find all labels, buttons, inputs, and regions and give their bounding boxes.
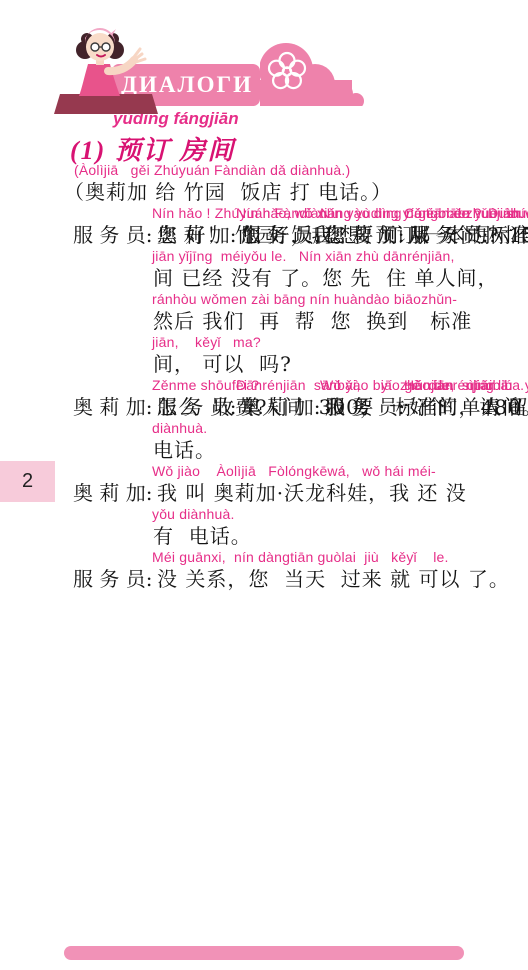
hanzi-text: 间 已经 没有 了。您 先 住 单人间， xyxy=(153,266,499,290)
speaker-label: 服 务 员: xyxy=(241,222,325,248)
hanzi-line: 奥 莉 加:我 叫 奥莉加·沃龙科娃，我 还 没 xyxy=(73,480,148,506)
pinyin-line: diànhuà. xyxy=(152,420,504,437)
hanzi-line: 服 务 员:单人间 300， 标准间 480。 xyxy=(157,394,232,420)
speaker-label: 服 务 员: xyxy=(409,222,493,248)
dialogue-line: ránhòu wǒmen zài bāng nín huàndào biāozh… xyxy=(64,291,504,334)
hanzi-line: 间 已经 没有 了。您 先 住 单人间， xyxy=(153,265,504,291)
speaker-label: 奥 莉 加: xyxy=(73,480,157,506)
hanzi-line: 然后 我们 再 帮 您 换到 标准 xyxy=(153,308,504,334)
hanzi-text: 好 的，请 留 一下 您 的 姓名 和 xyxy=(409,395,528,419)
hanzi-line: 服 务 员:您 要 订 哪 天 的? xyxy=(241,222,316,248)
dialogue-line: diànhuà.电话。 xyxy=(64,420,504,463)
dialogue-line: Cóng běn yuè shíwǔ hào dào èrshísān hào.… xyxy=(316,205,400,248)
speaker-label: 奥 莉 加: xyxy=(73,394,157,420)
dialogue-line: yǒu diànhuà.有 电话。 xyxy=(64,506,504,549)
hanzi-text: （奥莉加 给 竹园 饭店 打 电话。） xyxy=(64,180,392,204)
hanzi-text: 我 叫 奥莉加·沃龙科娃，我 还 没 xyxy=(157,481,467,505)
hanzi-text: 有 电话。 xyxy=(153,524,252,548)
footer-decor-bar xyxy=(64,946,464,960)
dialogue-line: (Àolìjiā gěi Zhúyuán Fàndiàn dǎ diànhuà.… xyxy=(64,162,504,205)
dialogue-line: Dānrénjiān sānbǎi, biāozhǔnjiān sìbǎibā.… xyxy=(148,377,232,420)
hanzi-text: 对不起， 15 号 是 星期天， 标准 xyxy=(493,223,528,247)
speaker-label: 服 务 员: xyxy=(73,566,157,592)
hanzi-line: 服 务 员:对不起， 15 号 是 星期天， 标准 xyxy=(409,222,484,248)
hanzi-line: 服 务 员:您 好！ 竹园 饭店。 xyxy=(73,222,148,248)
dialogue-line: Méi guānxi, nín dàngtiān guòlai jiù kěyǐ… xyxy=(64,549,148,592)
hanzi-text: 没 关系，您 当天 过来 就 可以 了。 xyxy=(157,567,510,591)
speaker-label: 服 务 员: xyxy=(325,394,409,420)
pinyin-line: ránhòu wǒmen zài bāng nín huàndào biāozh… xyxy=(152,291,504,308)
speaker-label: 服 务 员: xyxy=(73,222,157,248)
hanzi-line: 电话。 xyxy=(153,437,504,463)
dialogue-line: Nín yào dìng nǎ tiān de ?服 务 员:您 要 订 哪 天… xyxy=(232,205,316,248)
hanzi-line: 服 务 员:没 关系，您 当天 过来 就 可以 了。 xyxy=(73,566,148,592)
pinyin-line: jiān, kěyǐ ma? xyxy=(152,334,504,351)
textbook-page: ДИАЛОГИ xyxy=(0,0,528,970)
dialogue-line: Nín hǎo ! Zhúyuán Fàndiàn.服 务 员:您 好！ 竹园 … xyxy=(64,205,148,248)
dialogue-line: Zěnme shōufèi ?奥 莉 加:怎么 收费? xyxy=(64,377,148,420)
dialogue-body: (Àolìjiā gěi Zhúyuán Fàndiàn dǎ diànhuà.… xyxy=(64,162,504,592)
pinyin-line: yǒu diànhuà. xyxy=(152,506,504,523)
dialogue-line: Nín hǎo, wǒ xiǎng yùdìng yí gè biāozhǔnj… xyxy=(148,205,232,248)
speaker-label: 服 务 员: xyxy=(157,394,241,420)
plum-blossom-icon xyxy=(260,42,364,106)
hanzi-text: 间， 可以 吗? xyxy=(153,352,292,376)
hanzi-line: 服 务 员:好 的，请 留 一下 您 的 姓名 和 xyxy=(325,394,400,420)
hanzi-line: 间， 可以 吗? xyxy=(153,351,504,377)
hanzi-text: 然后 我们 再 帮 您 换到 标准 xyxy=(153,309,472,333)
hanzi-line: 有 电话。 xyxy=(153,523,504,549)
dialogue-line: Duìbuqǐ, shíwǔ hào shì xīngqītiān, biāoz… xyxy=(400,205,484,248)
dialogue-line: jiān yǐjīng méiyǒu le. Nín xiān zhù dānr… xyxy=(64,248,504,291)
dialogue-line: Wǒ yào yí gè dānrénjiān ba.奥 莉 加:我 要 一 个… xyxy=(232,377,316,420)
dialogue-line: Wǒ jiào Àolìjiā Fòlóngkēwá, wǒ hái méi-奥… xyxy=(64,463,148,506)
hanzi-text: 电话。 xyxy=(153,438,216,462)
speaker-label: 奥 莉 加: xyxy=(325,222,409,248)
hanzi-line: 奥 莉 加:您 好，我 想 预订 一 个 标准间。 xyxy=(157,222,232,248)
hanzi-line: 奥 莉 加:从 本 月 15 号 到 23 号。 xyxy=(325,222,400,248)
hanzi-line: 奥 莉 加:我 要 一 个 单人间 吧。 xyxy=(241,394,316,420)
page-number-badge: 2 xyxy=(0,461,55,502)
speaker-label: 奥 莉 加: xyxy=(241,394,325,420)
hanzi-line: 奥 莉 加:怎么 收费? xyxy=(73,394,148,420)
teacher-woman-illustration xyxy=(54,24,204,118)
dialogue-line: Hǎo de, qǐng liú yíxià nín de xìngmíng h… xyxy=(316,377,400,420)
dialogue-line: jiān, kěyǐ ma?间， 可以 吗? xyxy=(64,334,504,377)
pinyin-line: (Àolìjiā gěi Zhúyuán Fàndiàn dǎ diànhuà.… xyxy=(74,162,504,179)
speaker-label: 奥 莉 加: xyxy=(157,222,241,248)
hanzi-line: （奥莉加 给 竹园 饭店 打 电话。） xyxy=(64,179,504,205)
pinyin-line: jiān yǐjīng méiyǒu le. Nín xiān zhù dānr… xyxy=(152,248,504,265)
